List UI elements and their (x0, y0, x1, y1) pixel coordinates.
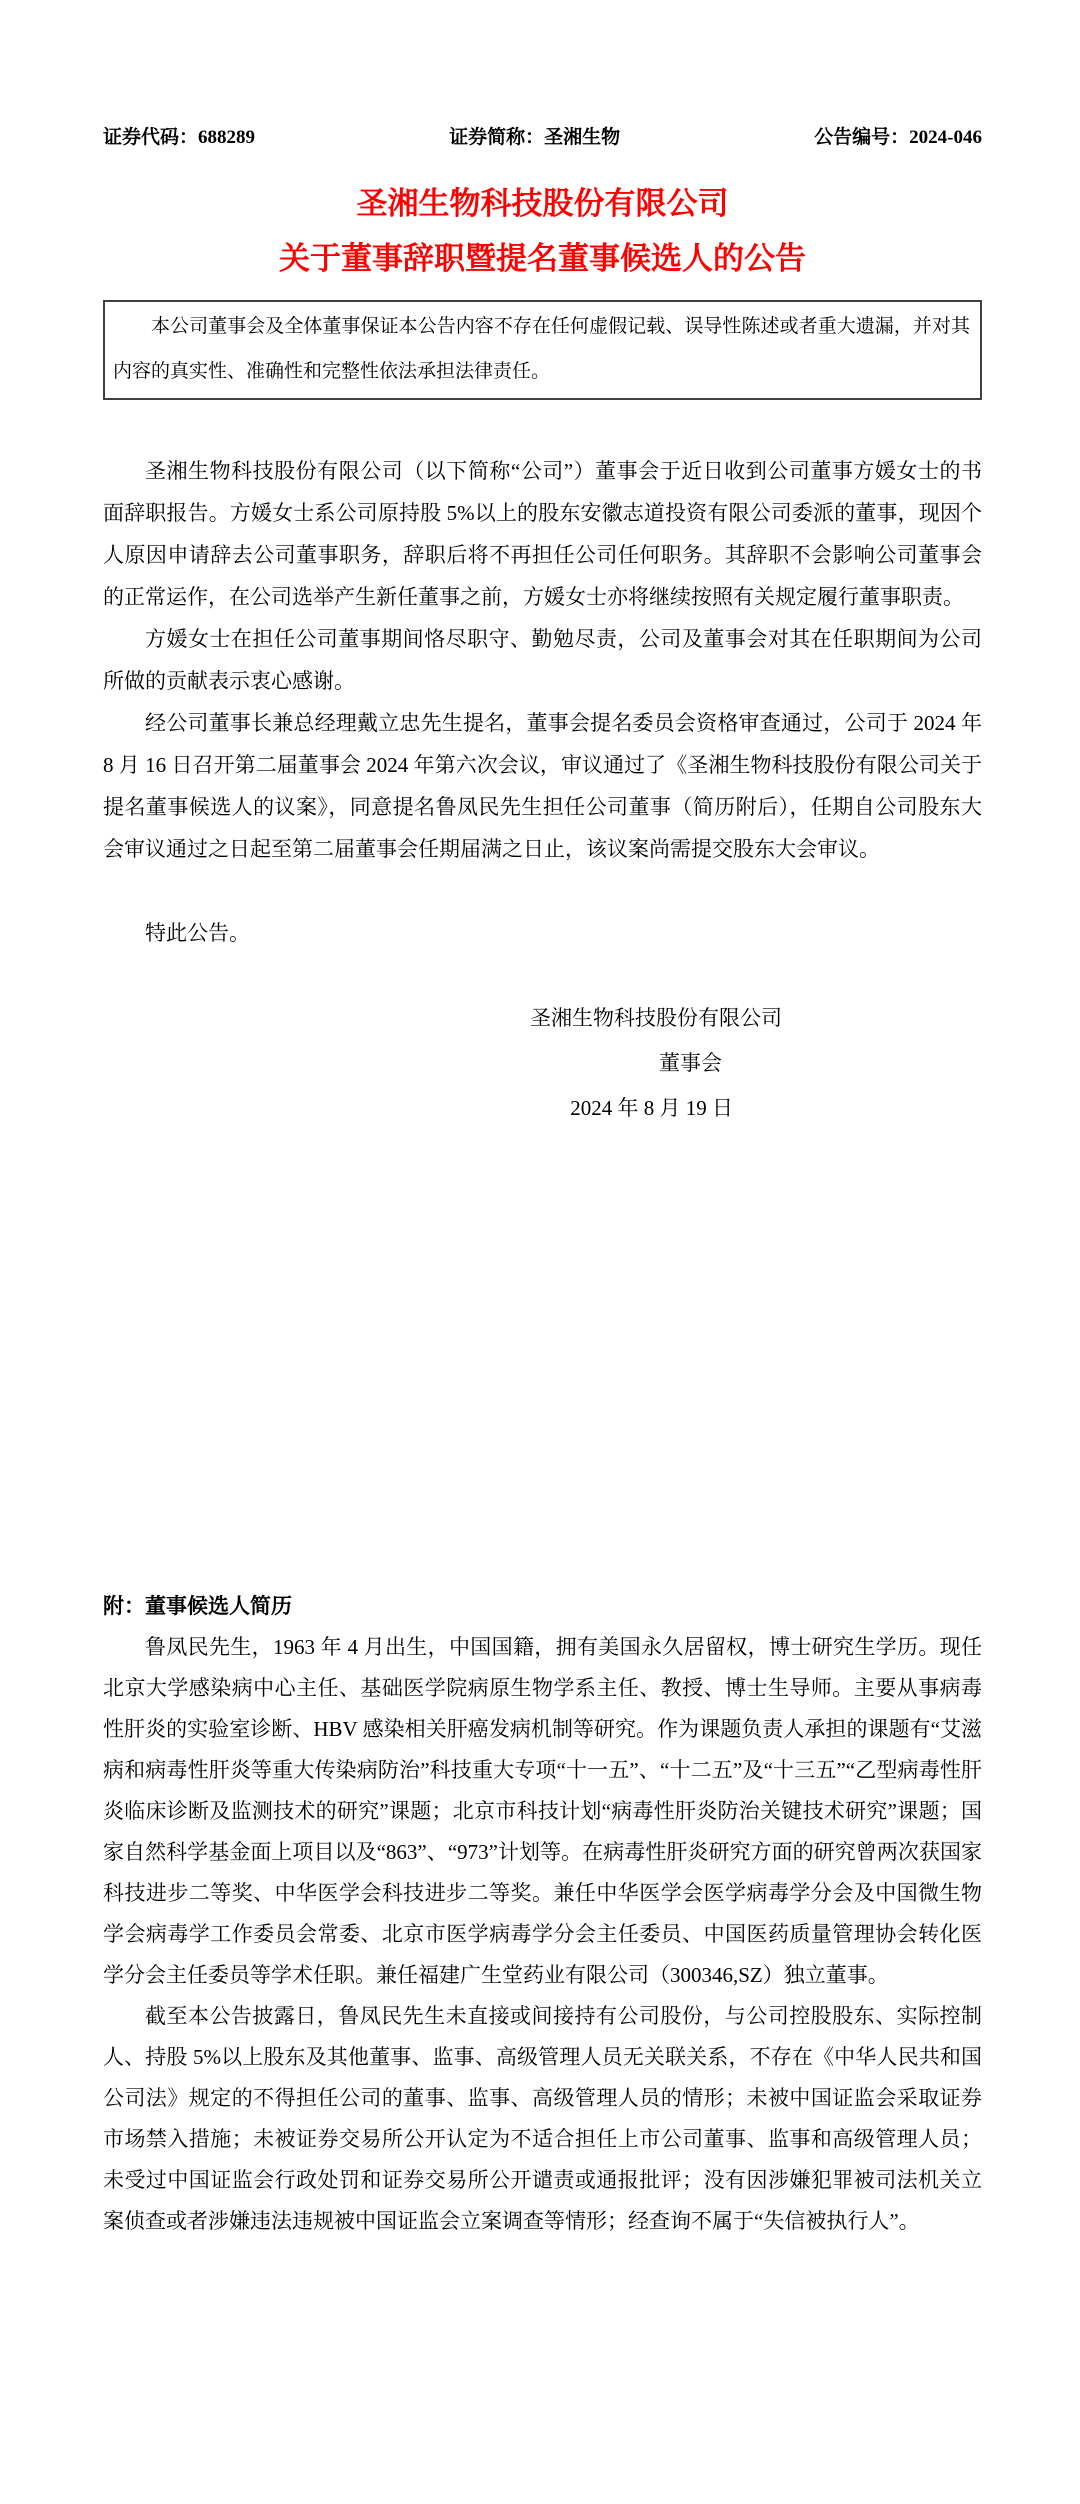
disclaimer-box: 本公司董事会及全体董事保证本公告内容不存在任何虚假记载、误导性陈述或者重大遗漏，… (103, 300, 982, 400)
attachment-heading: 附：董事候选人简历 (103, 1586, 982, 1627)
page-break-gap (103, 1131, 982, 1586)
signature-block: 圣湘生物科技股份有限公司 董事会 2024 年 8 月 19 日 (103, 996, 982, 1131)
body-paragraph-3: 经公司董事长兼总经理戴立忠先生提名，董事会提名委员会资格审查通过，公司于 202… (103, 702, 982, 870)
disclaimer-text: 本公司董事会及全体董事保证本公告内容不存在任何虚假记载、误导性陈述或者重大遗漏，… (113, 304, 970, 394)
stock-code-label: 证券代码：688289 (103, 125, 255, 150)
attachment-section: 附：董事候选人简历 鲁凤民先生，1963 年 4 月出生，中国国籍，拥有美国永久… (103, 1586, 982, 2242)
doc-title-line-1: 圣湘生物科技股份有限公司 (103, 176, 982, 231)
attachment-paragraph-1: 鲁凤民先生，1963 年 4 月出生，中国国籍，拥有美国永久居留权，博士研究生学… (103, 1627, 982, 1996)
signature-company: 圣湘生物科技股份有限公司 (103, 996, 982, 1041)
doc-title-line-2: 关于董事辞职暨提名董事候选人的公告 (103, 231, 982, 286)
body-paragraph-1: 圣湘生物科技股份有限公司（以下简称“公司”）董事会于近日收到公司董事方媛女士的书… (103, 450, 982, 618)
doc-header: 证券代码：688289 证券简称：圣湘生物 公告编号：2024-046 (103, 125, 982, 150)
stock-name-label: 证券简称：圣湘生物 (449, 125, 620, 150)
announcement-document: 证券代码：688289 证券简称：圣湘生物 公告编号：2024-046 圣湘生物… (0, 0, 1080, 2504)
announcement-number-label: 公告编号：2024-046 (814, 125, 982, 150)
announcement-body: 圣湘生物科技股份有限公司（以下简称“公司”）董事会于近日收到公司董事方媛女士的书… (103, 450, 982, 954)
body-paragraph-2: 方媛女士在担任公司董事期间恪尽职守、勤勉尽责，公司及董事会对其在任职期间为公司所… (103, 618, 982, 702)
signature-date: 2024 年 8 月 19 日 (103, 1086, 982, 1131)
attachment-paragraph-2: 截至本公告披露日，鲁凤民先生未直接或间接持有公司股份，与公司控股股东、实际控制人… (103, 1996, 982, 2242)
signature-board: 董事会 (103, 1041, 982, 1086)
closing-statement: 特此公告。 (103, 912, 982, 954)
doc-title: 圣湘生物科技股份有限公司 关于董事辞职暨提名董事候选人的公告 (103, 176, 982, 286)
